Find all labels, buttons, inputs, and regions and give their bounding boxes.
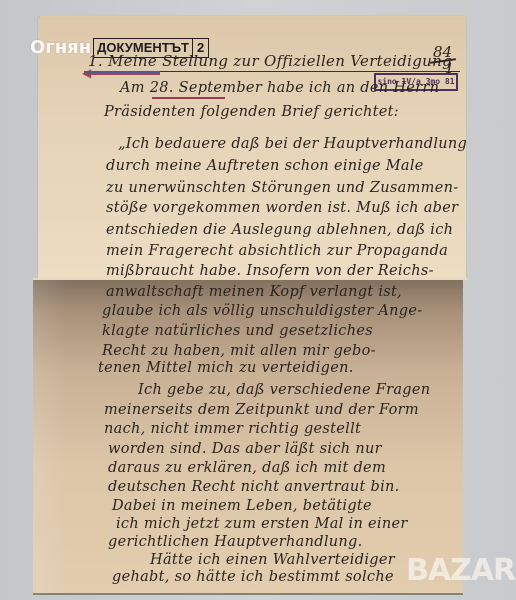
letter-line: Präsidenten folgenden Brief gerichtet: <box>104 104 399 120</box>
owner-label: Огнян <box>30 37 91 58</box>
letter-line: „Ich bedauere daß bei der Hauptverhandlu… <box>118 136 467 152</box>
underline-red <box>84 73 160 75</box>
letter-line: Hätte ich einen Wahlverteidiger <box>150 552 395 568</box>
letter-line: Dabei in meinem Leben, betätigte <box>112 498 372 514</box>
letter-line: gehabt, so hätte ich bestimmt solche <box>112 569 394 585</box>
heading-underline <box>160 71 460 72</box>
letter-line: daraus zu erklären, daß ich mit dem <box>108 460 386 476</box>
letter-line: worden sind. Das aber läßt sich nur <box>108 441 382 457</box>
bazar-watermark: BAZAR <box>406 553 515 588</box>
letter-heading: 1. Meine Stellung zur Offiziellen Vertei… <box>88 52 452 70</box>
letter-line: meinerseits dem Zeitpunkt und der Form <box>104 402 419 418</box>
letter-line: Recht zu haben, mit allen mir gebo- <box>102 343 376 359</box>
letter-line: Ich gebe zu, daß verschiedene Fragen <box>138 382 430 398</box>
letter-line: ich mich jetzt zum ersten Mal in einer <box>116 516 408 532</box>
letter-line: klagte natürliches und gesetzliches <box>102 323 373 339</box>
letter-line: anwaltschaft meinen Kopf verlangt ist, <box>106 284 402 300</box>
letter-line: nach, nicht immer richtig gestellt <box>104 421 361 437</box>
letter-line: deutschen Recht nicht anvertraut bin. <box>108 479 400 495</box>
letter-line: Am 28. September habe ich an den Herrn <box>120 80 439 96</box>
date-underline <box>152 97 225 99</box>
letter-line: gerichtlichen Hauptverhandlung. <box>108 534 363 550</box>
letter-line: mein Fragerecht absichtlich zur Propagan… <box>106 243 448 259</box>
letter-line: entschieden die Auslegung ablehnen, daß … <box>106 222 453 238</box>
letter-line: zu unerwünschten Störungen und Zusammen- <box>106 180 458 196</box>
letter-line: mißbraucht habe. Insofern von der Reichs… <box>106 263 434 279</box>
letter-line: tenen Mittel mich zu verteidigen. <box>98 360 354 376</box>
letter-line: glaube ich als völlig unschuldigster Ang… <box>102 303 422 319</box>
letter-line: stöße vorgekommen worden ist. Muß ich ab… <box>106 200 458 216</box>
letter-line: durch meine Auftreten schon einige Male <box>106 158 424 174</box>
